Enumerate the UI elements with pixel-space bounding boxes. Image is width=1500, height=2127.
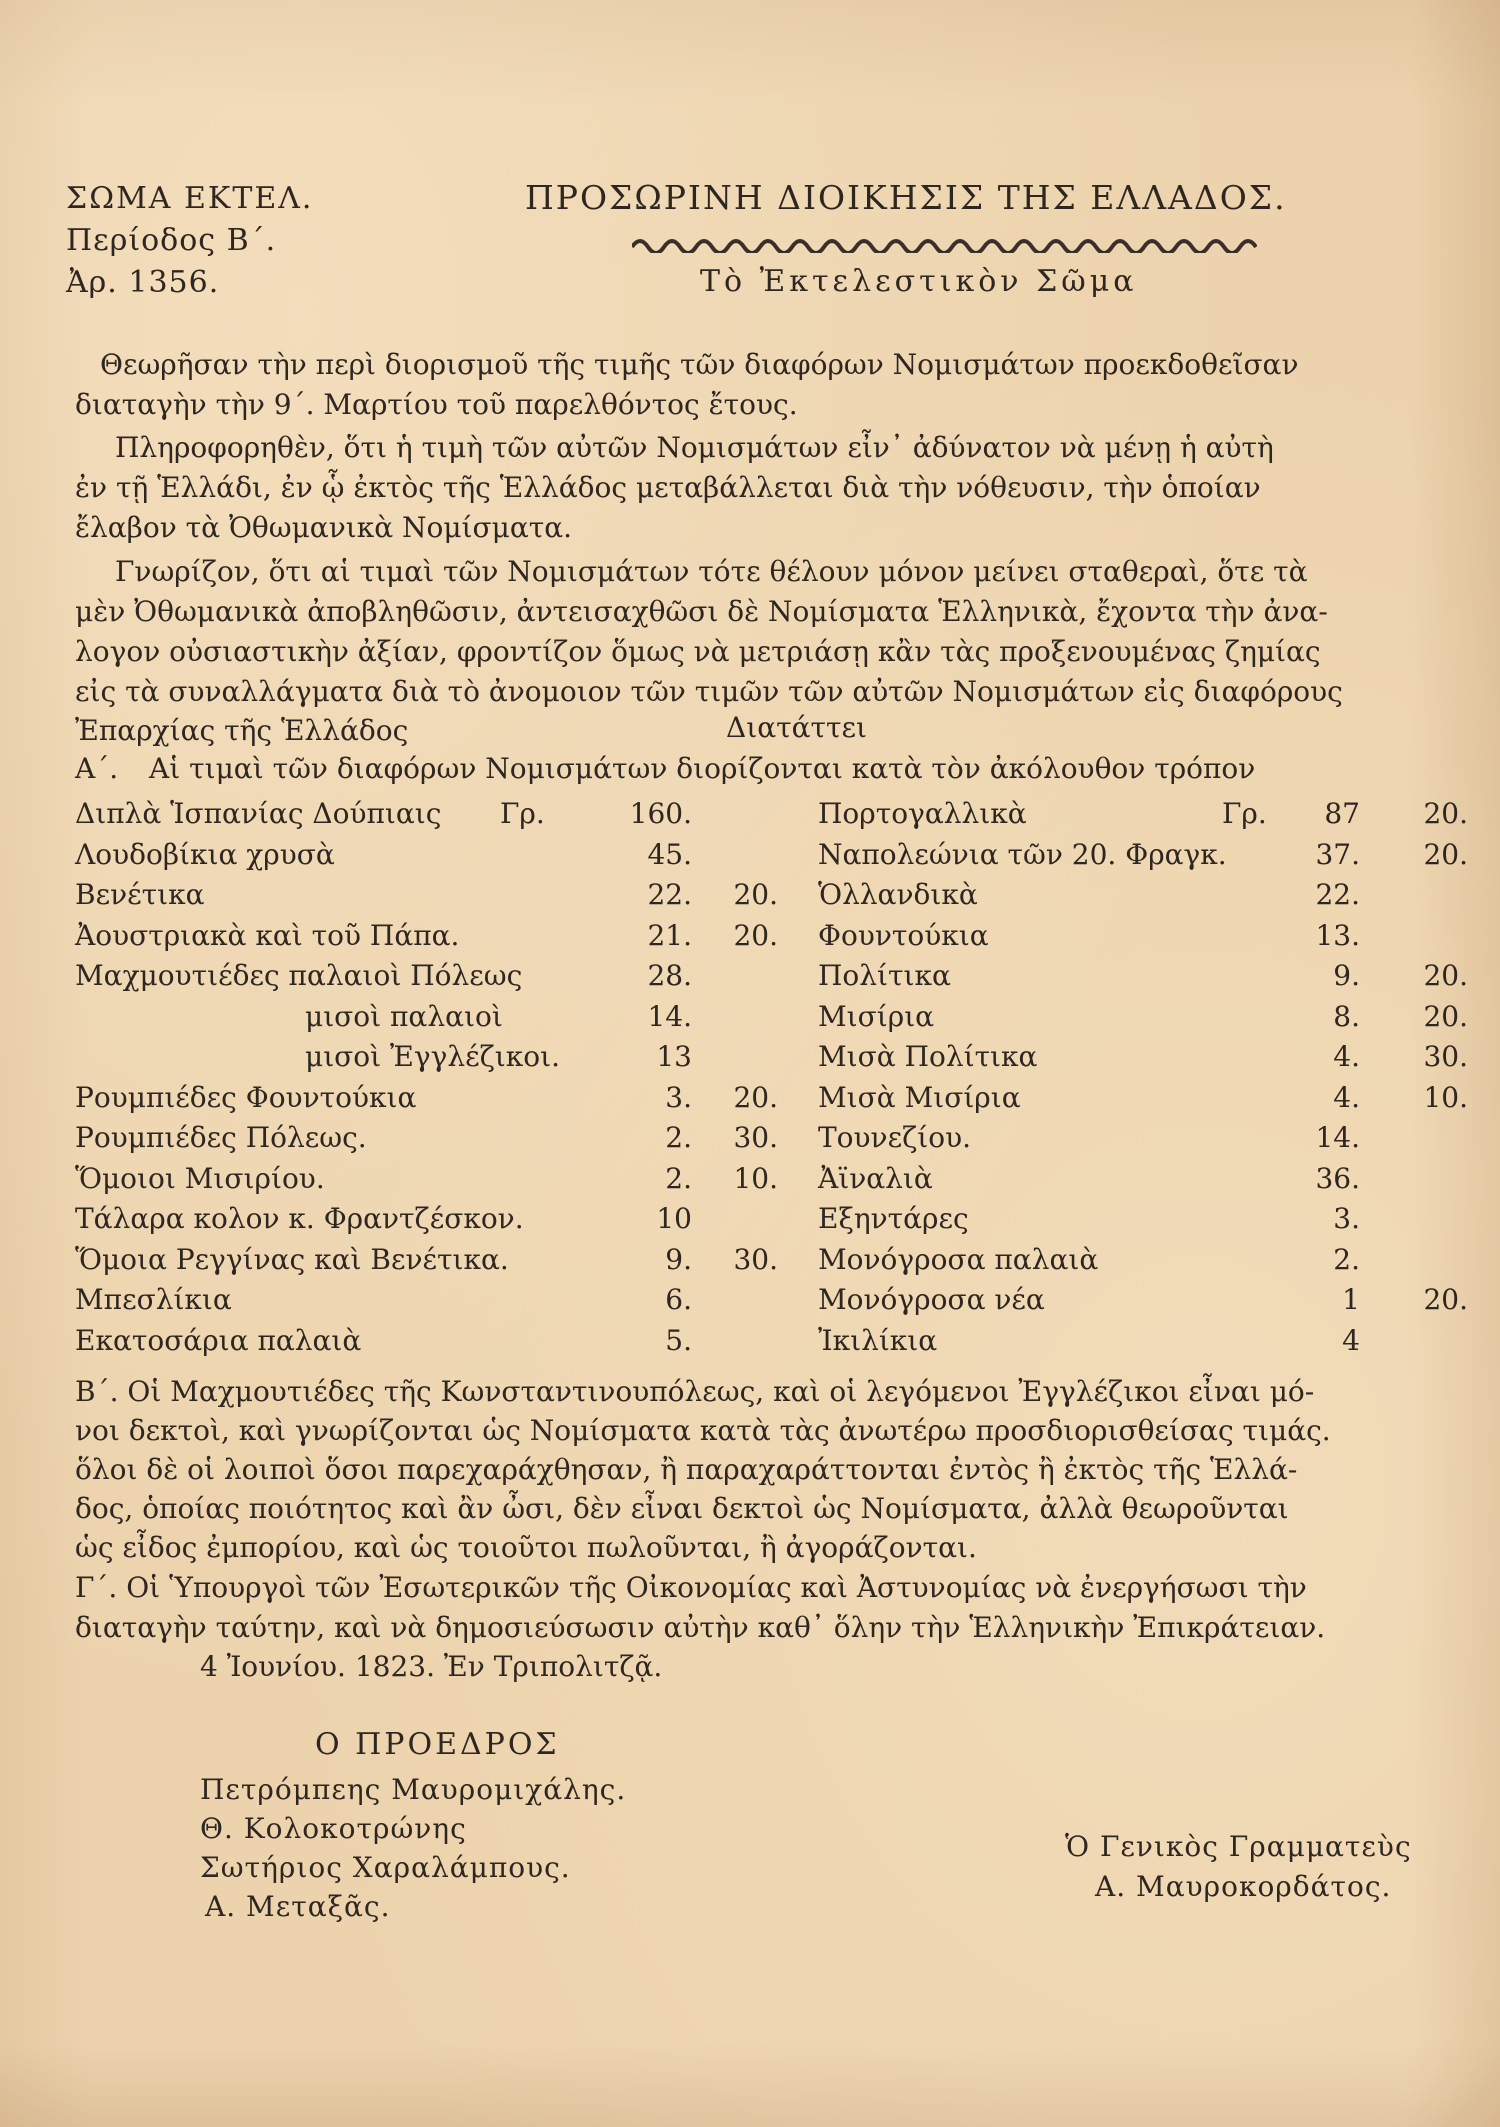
ornamental-wave-divider — [632, 233, 1257, 253]
text-line: διαταγὴν τὴν 9΄. Μαρτίου τοῦ παρελθόντος… — [75, 385, 798, 424]
president-title: Ο ΠΡΟΕΔΡΟΣ — [315, 1727, 560, 1762]
secretary-name: Α. Μαυροκορδάτος. — [1095, 1870, 1391, 1903]
text-line: νοι δεκτοὶ, καὶ γνωρίζονται ὡς Νομίσματα… — [75, 1411, 1331, 1450]
section-a-label: Α΄. — [75, 752, 118, 785]
text-line: Γ΄. Οἱ Ὑπουργοὶ τῶν Ἐσωτερικῶν τῆς Οἰκον… — [75, 1568, 1307, 1607]
text-line: Θεωρῆσαν τὴν περὶ διορισμοῦ τῆς τιμῆς τῶ… — [100, 345, 1299, 384]
section-c: Γ΄. Οἱ Ὑπουργοὶ τῶν Ἐσωτερικῶν τῆς Οἰκον… — [75, 1568, 1470, 1648]
section-a-text: Αἱ τιμαὶ τῶν διαφόρων Νομισμάτων διορίζο… — [149, 752, 1255, 785]
number-label: Ἀρ. 1356. — [66, 262, 313, 304]
body-label: ΣΩΜΑ ΕΚΤΕΛ. — [66, 178, 313, 220]
text-line: Ἐπαρχίας τῆς Ἑλλάδος — [75, 711, 408, 750]
document-subtitle: Τὸ Ἐκτελεστικὸν Σῶμα — [700, 264, 1138, 299]
text-line: ἐν τῇ Ἑλλάδι, ἐν ᾧ ἐκτὸς τῆς Ἑλλάδος μετ… — [75, 468, 1261, 507]
section-b: Β΄. Οἱ Μαχμουτιέδες τῆς Κωνσταντινουπόλε… — [75, 1372, 1470, 1572]
text-line: Πληροφορηθὲν, ὅτι ἡ τιμὴ τῶν αὐτῶν Νομισ… — [115, 428, 1274, 467]
preamble: Θεωρῆσαν τὴν περὶ διορισμοῦ τῆς τιμῆς τῶ… — [75, 345, 1470, 765]
text-line: ὅλοι δὲ οἱ λοιποὶ ὅσοι παρεχαράχθησαν, ἢ… — [75, 1450, 1297, 1489]
text-line: μὲν Ὀθωμανικὰ ἀποβληθῶσιν, ἀντεισαχθῶσι … — [75, 592, 1328, 631]
text-line: Γνωρίζον, ὅτι αἱ τιμαὶ τῶν Νομισμάτων τό… — [115, 552, 1308, 591]
date-place-line: 4 Ἰουνίου. 1823. Ἐν Τριπολιτζᾷ. — [200, 1650, 662, 1683]
document-reference: ΣΩΜΑ ΕΚΤΕΛ. Περίοδος Β΄. Ἀρ. 1356. — [66, 178, 313, 304]
text-line: εἰς τὰ συναλλάγματα διὰ τὸ ἀνομοιον τῶν … — [75, 672, 1343, 711]
text-line: ἔλαβον τὰ Ὀθωμανικὰ Νομίσματα. — [75, 508, 572, 547]
signatory-name: Σωτήριος Χαραλάμπους. — [200, 1851, 571, 1884]
text-line: δος, ὁποίας ποιότητος καὶ ἂν ὦσι, δὲν εἶ… — [75, 1489, 1289, 1528]
text-line: διαταγὴν ταύτην, καὶ νὰ δημοσιεύσωσιν αὐ… — [75, 1608, 1325, 1647]
section-a: Α΄. Αἱ τιμαὶ τῶν διαφόρων Νομισμάτων διο… — [75, 752, 1255, 785]
secretary-title: Ὁ Γενικὸς Γραμματεὺς — [1065, 1830, 1412, 1863]
document-title: ΠΡΟΣΩΡΙΝΗ ΔΙΟΙΚΗΣΙΣ ΤΗΣ ΕΛΛΑΔΟΣ. — [525, 178, 1287, 217]
period-label: Περίοδος Β΄. — [66, 220, 313, 262]
decrees-label: Διατάττει — [726, 711, 867, 744]
text-line: Β΄. Οἱ Μαχμουτιέδες τῆς Κωνσταντινουπόλε… — [75, 1372, 1314, 1411]
text-line: λογον οὐσιαστικὴν ἀξίαν, φροντίζον ὅμως … — [75, 632, 1321, 671]
paper-background — [0, 0, 1500, 2127]
signatory-name: Α. Μεταξᾶς. — [205, 1890, 391, 1923]
signatory-name: Θ. Κολοκοτρώνης — [200, 1812, 467, 1845]
text-line: ὡς εἶδος ἐμπορίου, καὶ ὡς τοιοῦτοι πωλοῦ… — [75, 1528, 977, 1567]
signatory-name: Πετρόμπεης Μαυρομιχάλης. — [200, 1773, 626, 1806]
